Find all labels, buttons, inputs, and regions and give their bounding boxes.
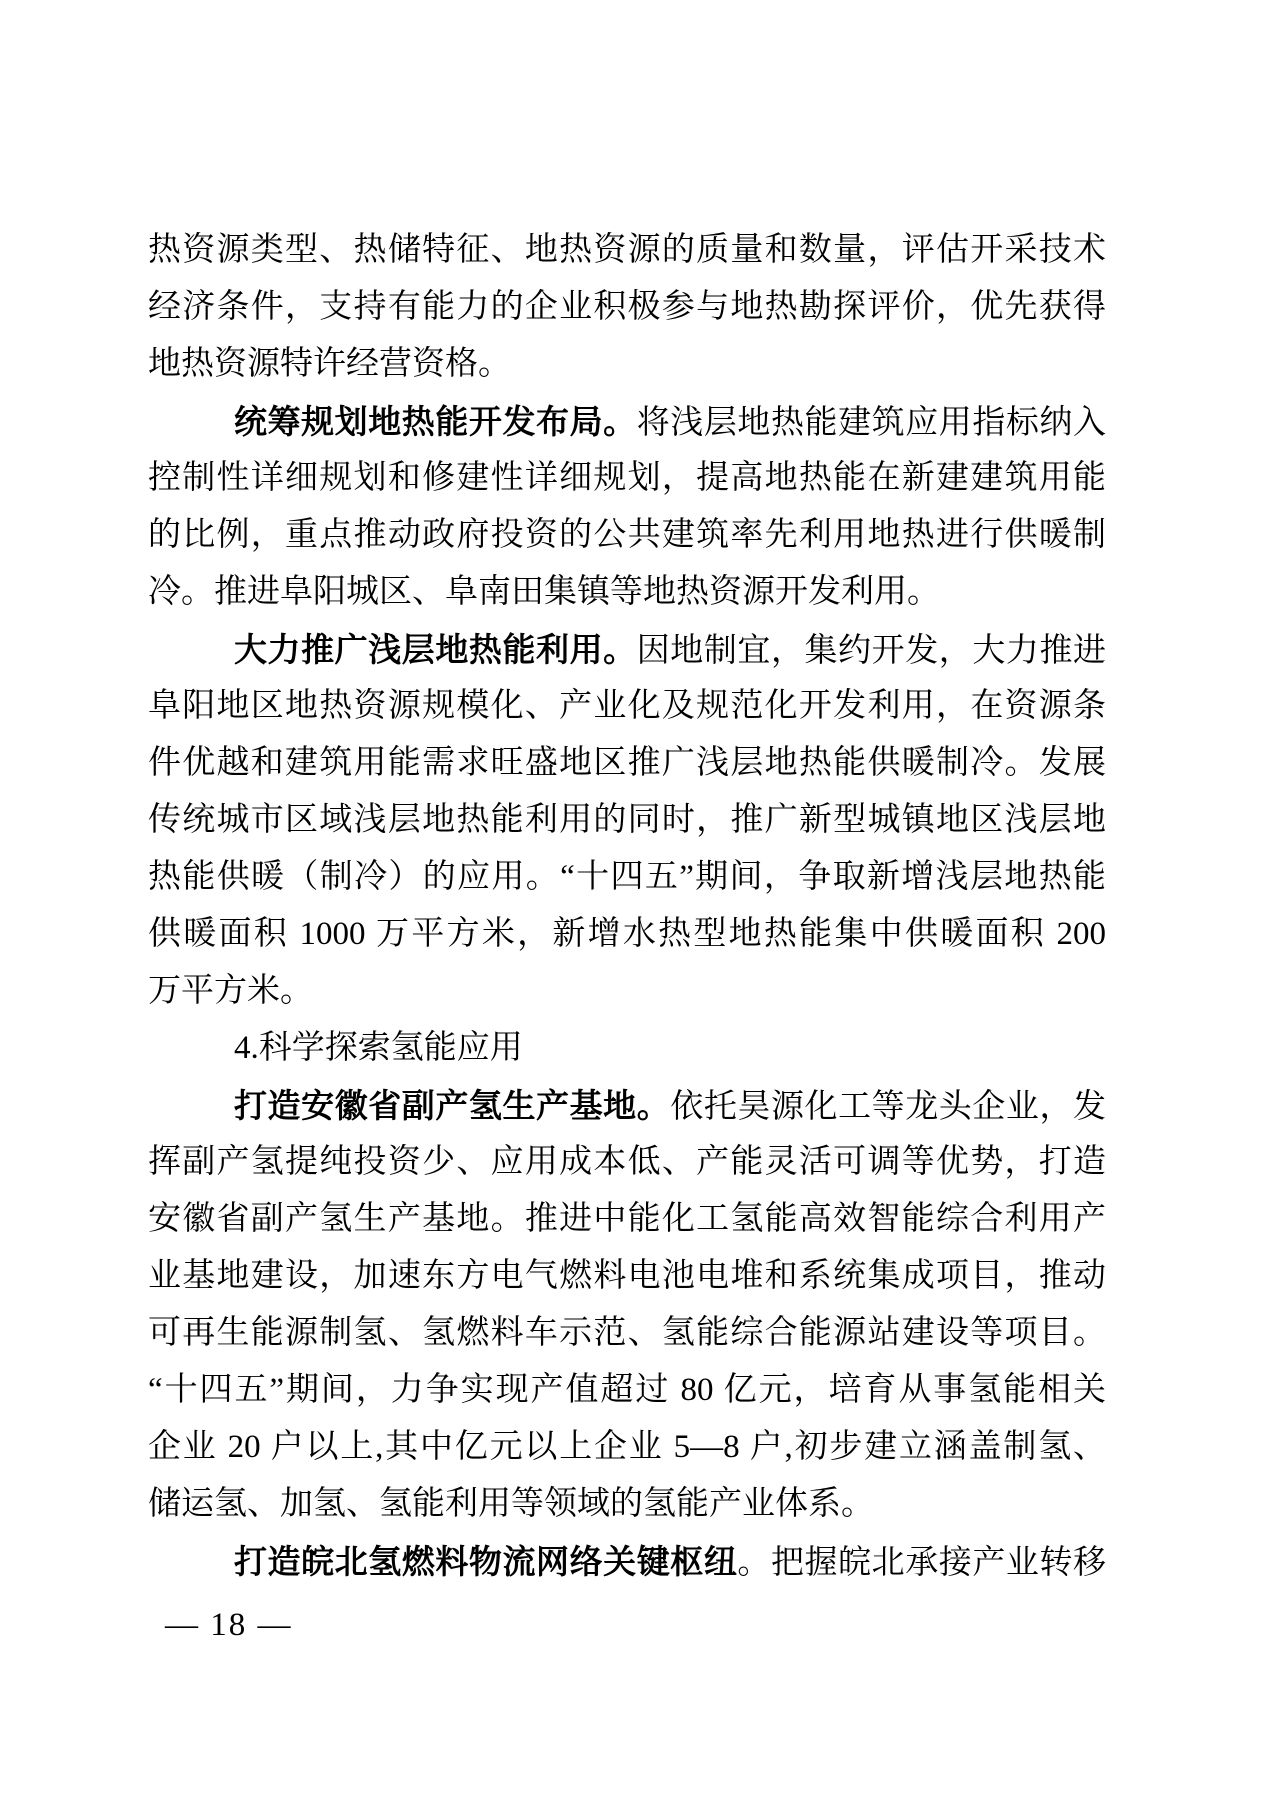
document-page: 热资源类型、热储特征、地热资源的质量和数量，评估开采技术 经济条件，支持有能力的… xyxy=(0,0,1273,1800)
text-line: 传统城市区域浅层地热能利用的同时，推广新型城镇地区浅层地 xyxy=(148,792,1106,849)
text-line: 可再生能源制氢、氢燃料车示范、氢能综合能源站建设等项目。 xyxy=(148,1305,1106,1362)
text-line: 业基地建设，加速东方电气燃料电池电堆和系统集成项目，推动 xyxy=(148,1248,1106,1305)
text-line: 4.科学探索氢能应用 xyxy=(148,1020,1106,1077)
text-line: 冷。推进阜阳城区、阜南田集镇等地热资源开发利用。 xyxy=(148,564,1106,621)
text-line: 地热资源特许经营资格。 xyxy=(148,336,1106,393)
text-run: 万平方米。 xyxy=(148,973,313,1009)
text-run: 因地制宜，集约开发，大力推进 xyxy=(637,633,1106,669)
text-run: 4.科学探索氢能应用 xyxy=(234,1030,523,1066)
document-body: 热资源类型、热储特征、地热资源的质量和数量，评估开采技术 经济条件，支持有能力的… xyxy=(148,222,1106,1590)
text-line: 挥副产氢提纯投资少、应用成本低、产能灵活可调等优势，打造 xyxy=(148,1134,1106,1191)
text-line: 阜阳地区地热资源规模化、产业化及规范化开发利用，在资源条 xyxy=(148,678,1106,735)
text-run: 地热资源特许经营资格。 xyxy=(148,346,511,382)
text-line: 热能供暖（制冷）的应用。“十四五”期间，争取新增浅层地热能 xyxy=(148,849,1106,906)
text-run: 。把握皖北承接产业转移 xyxy=(737,1545,1106,1581)
text-run: 将浅层地热能建筑应用指标纳入 xyxy=(637,405,1106,441)
text-run: 供暖面积 1000 万平方米，新增水热型地热能集中供暖面积 200 xyxy=(148,916,1106,952)
text-line: 储运氢、加氢、氢能利用等领域的氢能产业体系。 xyxy=(148,1476,1106,1533)
text-run: 安徽省副产氢生产基地。推进中能化工氢能高效智能综合利用产 xyxy=(148,1201,1106,1237)
text-run: 依托昊源化工等龙头企业，发 xyxy=(670,1089,1106,1125)
text-line: 供暖面积 1000 万平方米，新增水热型地热能集中供暖面积 200 xyxy=(148,906,1106,963)
text-line: 大力推广浅层地热能利用。因地制宜，集约开发，大力推进 xyxy=(148,621,1106,678)
text-run: 阜阳地区地热资源规模化、产业化及规范化开发利用，在资源条 xyxy=(148,688,1106,724)
text-line: 万平方米。 xyxy=(148,963,1106,1020)
bold-heading-run: 打造安徽省副产氢生产基地。 xyxy=(234,1087,670,1124)
text-line: 件优越和建筑用能需求旺盛地区推广浅层地热能供暖制冷。发展 xyxy=(148,735,1106,792)
text-run: 控制性详细规划和修建性详细规划，提高地热能在新建建筑用能 xyxy=(148,460,1106,496)
text-line: 经济条件，支持有能力的企业积极参与地热勘探评价，优先获得 xyxy=(148,279,1106,336)
text-line: 控制性详细规划和修建性详细规划，提高地热能在新建建筑用能 xyxy=(148,450,1106,507)
text-run: 挥副产氢提纯投资少、应用成本低、产能灵活可调等优势，打造 xyxy=(148,1144,1106,1180)
text-run: 可再生能源制氢、氢燃料车示范、氢能综合能源站建设等项目。 xyxy=(148,1315,1106,1351)
text-line: 的比例，重点推动政府投资的公共建筑率先利用地热进行供暖制 xyxy=(148,507,1106,564)
text-run: 热资源类型、热储特征、地热资源的质量和数量，评估开采技术 xyxy=(148,232,1106,268)
page-number: — 18 — xyxy=(165,1607,293,1643)
text-line: 统筹规划地热能开发布局。将浅层地热能建筑应用指标纳入 xyxy=(148,393,1106,450)
text-run: “十四五”期间，力争实现产值超过 80 亿元，培育从事氢能相关 xyxy=(148,1372,1106,1408)
text-run: 企业 20 户以上,其中亿元以上企业 5—8 户,初步建立涵盖制氢、 xyxy=(148,1429,1106,1465)
text-line: 热资源类型、热储特征、地热资源的质量和数量，评估开采技术 xyxy=(148,222,1106,279)
text-run: 经济条件，支持有能力的企业积极参与地热勘探评价，优先获得 xyxy=(148,289,1106,325)
page-footer: — 18 — xyxy=(165,1597,293,1654)
text-run: 的比例，重点推动政府投资的公共建筑率先利用地热进行供暖制 xyxy=(148,517,1106,553)
text-line: “十四五”期间，力争实现产值超过 80 亿元，培育从事氢能相关 xyxy=(148,1362,1106,1419)
text-line: 企业 20 户以上,其中亿元以上企业 5—8 户,初步建立涵盖制氢、 xyxy=(148,1419,1106,1476)
text-run: 传统城市区域浅层地热能利用的同时，推广新型城镇地区浅层地 xyxy=(148,802,1106,838)
bold-heading-run: 大力推广浅层地热能利用。 xyxy=(234,631,637,668)
text-run: 储运氢、加氢、氢能利用等领域的氢能产业体系。 xyxy=(148,1486,874,1522)
text-run: 件优越和建筑用能需求旺盛地区推广浅层地热能供暖制冷。发展 xyxy=(148,745,1106,781)
bold-heading-run: 打造皖北氢燃料物流网络关键枢纽 xyxy=(234,1543,737,1580)
text-run: 冷。推进阜阳城区、阜南田集镇等地热资源开发利用。 xyxy=(148,574,940,610)
text-line: 安徽省副产氢生产基地。推进中能化工氢能高效智能综合利用产 xyxy=(148,1191,1106,1248)
bold-heading-run: 统筹规划地热能开发布局。 xyxy=(234,403,637,440)
text-line: 打造皖北氢燃料物流网络关键枢纽。把握皖北承接产业转移 xyxy=(148,1533,1106,1590)
text-run: 热能供暖（制冷）的应用。“十四五”期间，争取新增浅层地热能 xyxy=(148,859,1106,895)
text-run: 业基地建设，加速东方电气燃料电池电堆和系统集成项目，推动 xyxy=(148,1258,1106,1294)
text-line: 打造安徽省副产氢生产基地。依托昊源化工等龙头企业，发 xyxy=(148,1077,1106,1134)
